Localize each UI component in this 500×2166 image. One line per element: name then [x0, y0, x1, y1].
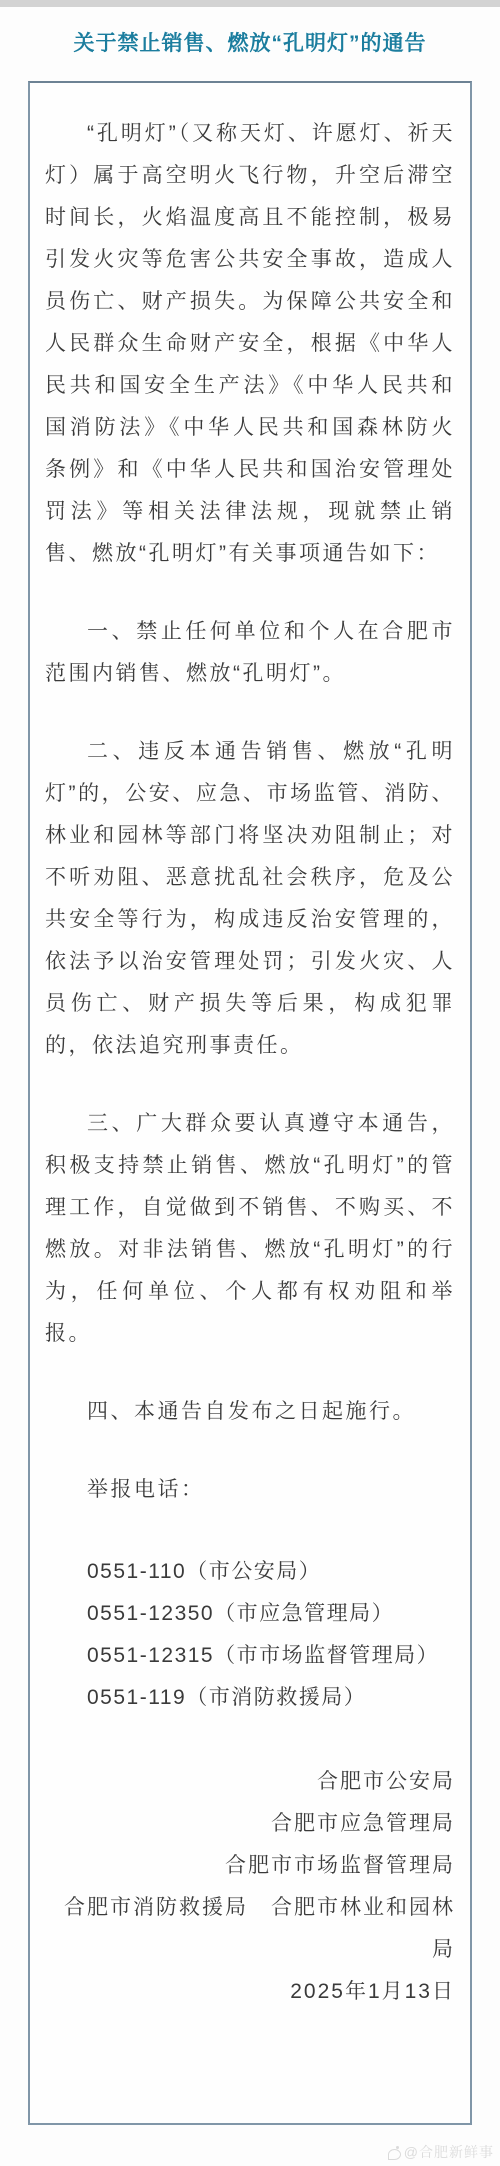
watermark-text: @合肥新鲜事 — [404, 2142, 494, 2162]
hotline-police: 0551-110（市公安局） — [45, 1551, 455, 1593]
hotline-market: 0551-12315（市市场监督管理局） — [45, 1635, 455, 1677]
hotline-label: 举报电话： — [45, 1469, 455, 1511]
notice-paragraph-item-2: 二、违反本通告销售、燃放“孔明灯”的，公安、应急、市场监管、消防、林业和园林等部… — [45, 731, 455, 1067]
signature-block: 合肥市公安局 合肥市应急管理局 合肥市市场监督管理局 合肥市消防救援局 合肥市林… — [45, 1761, 455, 2013]
notice-paragraph-item-4: 四、本通告自发布之日起施行。 — [45, 1391, 455, 1433]
signature-market-bureau: 合肥市市场监督管理局 — [45, 1845, 455, 1887]
notice-paragraph-item-3: 三、广大群众要认真遵守本通告，积极支持禁止销售、燃放“孔明灯”的管理工作，自觉做… — [45, 1103, 455, 1355]
hotline-list: 0551-110（市公安局） 0551-12350（市应急管理局） 0551-1… — [45, 1551, 455, 1719]
notice-paragraph-intro: “孔明灯”（又称天灯、许愿灯、祈天灯）属于高空明火飞行物，升空后滞空时间长，火焰… — [45, 113, 455, 575]
notice-paragraph-item-1: 一、禁止任何单位和个人在合肥市范围内销售、燃放“孔明灯”。 — [45, 611, 455, 695]
signature-fire-forestry-bureaus: 合肥市消防救援局 合肥市林业和园林局 — [45, 1887, 455, 1971]
hotline-fire: 0551-119（市消防救援局） — [45, 1677, 455, 1719]
weibo-watermark: @合肥新鲜事 — [386, 2142, 494, 2162]
signature-emergency-bureau: 合肥市应急管理局 — [45, 1803, 455, 1845]
signature-police-bureau: 合肥市公安局 — [45, 1761, 455, 1803]
top-edge-strip — [0, 0, 500, 7]
notice-date: 2025年1月13日 — [45, 1971, 455, 2013]
weibo-logo-icon — [386, 2146, 401, 2159]
notice-screenshot: { "page": { "title": "关于禁止销售、燃放“孔明灯”的通告"… — [0, 0, 500, 2166]
page-title: 关于禁止销售、燃放“孔明灯”的通告 — [20, 31, 480, 57]
notice-body-box: “孔明灯”（又称天灯、许愿灯、祈天灯）属于高空明火飞行物，升空后滞空时间长，火焰… — [28, 81, 472, 2125]
hotline-emergency: 0551-12350（市应急管理局） — [45, 1593, 455, 1635]
